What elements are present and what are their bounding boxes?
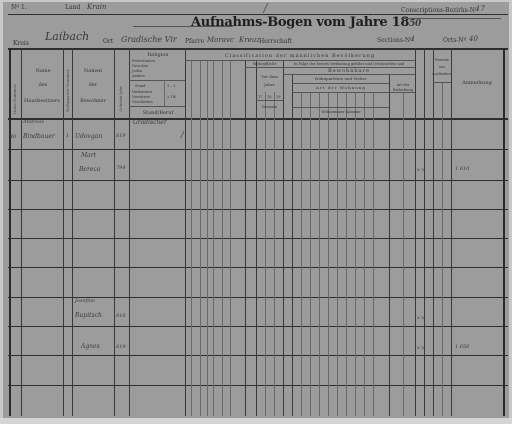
scan-margin <box>0 418 512 424</box>
header-aus: aus <box>434 64 450 70</box>
ort-label: Ort <box>103 39 113 45</box>
col-line <box>274 92 275 416</box>
kreis-label: Kreis <box>13 41 29 47</box>
header-auslaendern: Ausländern <box>432 71 452 77</box>
divider <box>401 18 501 19</box>
orts-label: Orts-Nº <box>443 38 466 44</box>
resident-above: Josefine <box>75 298 95 304</box>
col-line <box>230 60 231 416</box>
conscriptions-label: Conscriptions-Bezirks-Nº <box>401 8 478 14</box>
col-line <box>503 48 505 416</box>
jahre-col: 19 <box>276 94 280 100</box>
header-des: des <box>27 82 59 88</box>
col-line <box>403 92 404 416</box>
marks: x x <box>417 345 424 351</box>
col-line <box>114 48 115 416</box>
col-line <box>265 92 266 416</box>
divider <box>292 107 389 108</box>
header-vor-dem: Vor dem <box>257 74 282 80</box>
mark: / <box>181 130 184 139</box>
ort-value: Gradische Vir <box>121 35 177 44</box>
resident-name: Agnes <box>81 343 100 350</box>
anmerkung-value: 1 650 <box>455 344 469 350</box>
col-line <box>355 92 356 416</box>
birth-year: 819 <box>116 344 126 350</box>
col-line <box>256 60 257 416</box>
divider <box>256 100 283 101</box>
header-haus-nummer: Haus-Nummer <box>12 84 17 114</box>
resident-above: Mart <box>81 152 96 159</box>
stand-value: Gradischer <box>133 119 167 126</box>
divider <box>292 83 389 84</box>
col-line <box>129 48 130 416</box>
stand-value: 2.1W <box>167 94 176 100</box>
col-line <box>310 92 311 416</box>
col-line <box>346 92 347 416</box>
header-bewohner: Bewohner <box>75 98 111 104</box>
header-classification: Classification der männlichen Bevölkerun… <box>187 53 413 59</box>
header-der: der <box>75 82 111 88</box>
header-bewohnbare: Bewohnbare <box>285 68 413 74</box>
section-label: Sections-Nº <box>377 38 413 44</box>
header-namen: Namen <box>75 68 111 74</box>
col-line <box>301 92 302 416</box>
header-anmerkung: Anmerkung <box>453 80 501 86</box>
header-bedachung: Bedachung <box>391 87 415 93</box>
header-wohnparteien: Wohnparteien und Viehst. <box>293 76 389 82</box>
col-line <box>200 60 201 416</box>
divider <box>129 80 185 81</box>
title-text: Aufnahms-Bogen vom Jahre 18 <box>191 15 409 30</box>
birth-year: 794 <box>116 165 126 171</box>
col-line <box>9 48 11 416</box>
col-line <box>337 92 338 416</box>
col-line <box>433 48 434 416</box>
herrschaft-label: Herrschaft <box>259 39 292 45</box>
birth-year: 819 <box>116 133 126 139</box>
col-line <box>319 92 320 416</box>
resident-name: Udovgan <box>75 133 102 140</box>
header-art-wohnung: Art der Wohnung <box>293 85 389 91</box>
header-wehrpflicht: Wehrpflicht <box>246 61 283 67</box>
wohnpartei-number: 1 <box>66 133 69 139</box>
col-line <box>185 48 186 416</box>
col-line <box>389 74 390 416</box>
col-line <box>364 92 365 416</box>
col-line <box>63 48 64 416</box>
col-line <box>213 60 214 416</box>
col-line <box>191 60 192 416</box>
col-line <box>415 48 416 416</box>
divider <box>433 82 451 83</box>
birth-year: 816 <box>116 313 126 319</box>
col-line <box>164 80 165 106</box>
kreis-value: Laibach <box>45 30 89 43</box>
col-line <box>283 60 284 416</box>
header-tax-note: In Folge der bereits Verfassung geführt … <box>285 61 413 67</box>
col-line <box>451 48 452 416</box>
col-line <box>245 60 246 416</box>
header-name: Name <box>27 68 59 74</box>
stand-value: 1 – 1. <box>167 83 177 89</box>
divider <box>283 74 415 75</box>
conscriptions-value: 17 <box>476 5 485 13</box>
pfarre-label: Pfarre <box>185 39 204 45</box>
col-line <box>207 60 208 416</box>
header-stand-beruf: Stand/Beruf <box>133 110 183 116</box>
jahre-col: 18 <box>267 94 271 100</box>
header-hausbesitzers: Hausbesitzers <box>23 98 61 104</box>
resident-name: Bereca <box>79 166 100 173</box>
col-line <box>442 82 443 416</box>
col-line <box>424 48 425 416</box>
land-label: Land <box>65 5 80 11</box>
page-title: Aufnahms-Bogen vom Jahre 1850 <box>191 15 421 30</box>
col-line <box>222 60 223 416</box>
section-value: 1 <box>411 35 415 43</box>
jahre-col: 17 <box>258 94 262 100</box>
census-sheet: Nº 1. Land Krain Aufnahms-Bogen vom Jahr… <box>3 2 509 418</box>
orts-value: 40 <box>469 35 478 43</box>
resident-name: Rupitsch <box>75 312 102 319</box>
stand-row: Geschieden <box>132 99 153 105</box>
marks: x x <box>417 315 424 321</box>
haus-nummer: 40 <box>10 134 16 140</box>
land-value: Krain <box>87 3 107 11</box>
owner-name: Bindbauer <box>23 133 55 140</box>
anmerkung-value: 1 610 <box>455 166 469 172</box>
col-line <box>72 48 73 416</box>
title-year: 50 <box>409 19 421 29</box>
header-fremde: Fremde <box>434 57 450 63</box>
col-line <box>373 92 374 416</box>
herrschaft-value: Kreuz <box>239 36 260 44</box>
col-line <box>328 92 329 416</box>
marks: x x <box>417 167 424 173</box>
col-line <box>292 74 293 416</box>
owner-above: Andreas <box>23 119 44 125</box>
pfarre-value: Moravc <box>207 36 234 44</box>
religion-row: Andere <box>132 73 145 79</box>
header-jahre: Jahre <box>257 82 282 88</box>
header-wohnpartei: Wohnpartei-Nummer <box>65 82 70 112</box>
divider <box>129 106 185 107</box>
header-dienste: Dienste <box>257 104 282 110</box>
header-geburtsjahr: Geburts-Jahr <box>118 88 123 112</box>
col-line <box>21 48 22 416</box>
header-zimmer-footer: Wohnzimmer Kammer <box>293 109 389 115</box>
check-mark <box>251 3 269 13</box>
form-number: Nº 1. <box>11 5 27 11</box>
